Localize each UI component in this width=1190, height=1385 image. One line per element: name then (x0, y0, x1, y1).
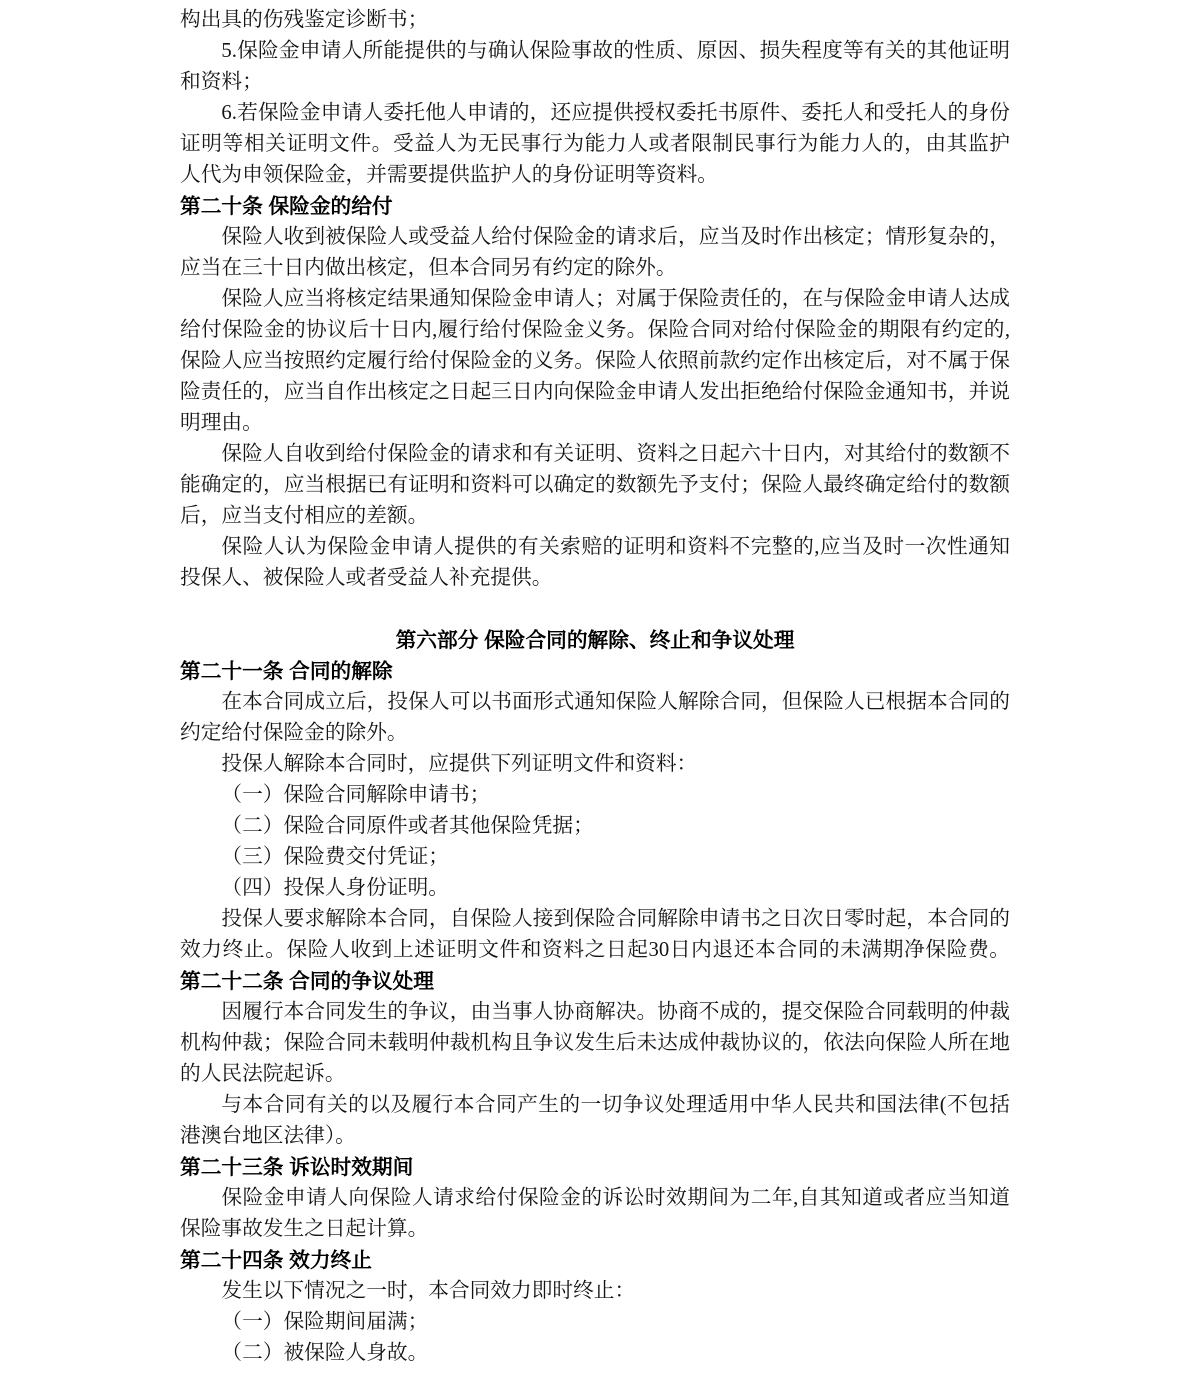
paragraph-line: 约定给付保险金的除外。 (180, 718, 1010, 749)
paragraph-line: 明理由。 (180, 408, 1010, 439)
paragraph-line: 投保人解除本合同时，应提供下列证明文件和资料： (180, 749, 1010, 780)
paragraph-line: 保险人应当按照约定履行给付保险金的义务。保险人依照前款约定作出核定后，对不属于保 (180, 346, 1010, 377)
paragraph-line: 港澳台地区法律）。 (180, 1121, 1010, 1152)
list-item: （三）保险费交付凭证； (180, 842, 1010, 873)
paragraph-line: 险责任的，应当自作出核定之日起三日内向保险金申请人发出拒绝给付保险金通知书，并说 (180, 377, 1010, 408)
paragraph-line: 机构仲裁；保险合同未载明仲裁机构且争议发生后未达成仲裁协议的，依法向保险人所在地 (180, 1028, 1010, 1059)
paragraph-line: 保险人应当将核定结果通知保险金申请人；对属于保险责任的，在与保险金申请人达成 (180, 284, 1010, 315)
paragraph-line: 5.保险金申请人所能提供的与确认保险事故的性质、原因、损失程度等有关的其他证明 (180, 36, 1010, 67)
article-heading: 第二十三条 诉讼时效期间 (180, 1152, 1010, 1183)
list-item: （一）保险合同解除申请书； (180, 780, 1010, 811)
paragraph-line: 投保人要求解除本合同，自保险人接到保险合同解除申请书之日次日零时起，本合同的 (180, 904, 1010, 935)
paragraph-line: 投保人、被保险人或者受益人补充提供。 (180, 563, 1010, 594)
paragraph-line: 后，应当支付相应的差额。 (180, 501, 1010, 532)
paragraph-line: 应当在三十日内做出核定，但本合同另有约定的除外。 (180, 253, 1010, 284)
paragraph-line: 与本合同有关的以及履行本合同产生的一切争议处理适用中华人民共和国法律(不包括 (180, 1090, 1010, 1121)
section-heading: 第六部分 保险合同的解除、终止和争议处理 (180, 625, 1010, 656)
paragraph-line: 6.若保险金申请人委托他人申请的，还应提供授权委托书原件、委托人和受托人的身份 (180, 98, 1010, 129)
paragraph-line: 人代为申领保险金，并需要提供监护人的身份证明等资料。 (180, 160, 1010, 191)
article-heading: 第二十四条 效力终止 (180, 1245, 1010, 1276)
article-heading: 第二十一条 合同的解除 (180, 656, 1010, 687)
blank-line (180, 594, 1010, 625)
list-item: （二）被保险人身故。 (180, 1338, 1010, 1369)
paragraph-line: 能确定的，应当根据已有证明和资料可以确定的数额先予支付；保险人最终确定给付的数额 (180, 470, 1010, 501)
paragraph-line: 保险人认为保险金申请人提供的有关索赔的证明和资料不完整的,应当及时一次性通知 (180, 532, 1010, 563)
list-item: （一）保险期间届满； (180, 1307, 1010, 1338)
list-item: （四）投保人身份证明。 (180, 873, 1010, 904)
paragraph-line: 发生以下情况之一时，本合同效力即时终止： (180, 1276, 1010, 1307)
paragraph-line: 保险人收到被保险人或受益人给付保险金的请求后，应当及时作出核定；情形复杂的， (180, 222, 1010, 253)
paragraph-line: 保险金申请人向保险人请求给付保险金的诉讼时效期间为二年,自其知道或者应当知道 (180, 1183, 1010, 1214)
paragraph-line: 和资料； (180, 67, 1010, 98)
article-heading: 第二十条 保险金的给付 (180, 191, 1010, 222)
paragraph-line: 在本合同成立后，投保人可以书面形式通知保险人解除合同，但保险人已根据本合同的 (180, 687, 1010, 718)
paragraph-line: 因履行本合同发生的争议，由当事人协商解决。协商不成的，提交保险合同载明的仲裁 (180, 997, 1010, 1028)
contract-document-page: 构出具的伤残鉴定诊断书；5.保险金申请人所能提供的与确认保险事故的性质、原因、损… (0, 0, 1190, 1385)
paragraph-line: 构出具的伤残鉴定诊断书； (180, 5, 1010, 36)
paragraph-line: 效力终止。保险人收到上述证明文件和资料之日起30日内退还本合同的未满期净保险费。 (180, 935, 1010, 966)
paragraph-line: 证明等相关证明文件。受益人为无民事行为能力人或者限制民事行为能力人的，由其监护 (180, 129, 1010, 160)
paragraph-line: 的人民法院起诉。 (180, 1059, 1010, 1090)
paragraph-line: 给付保险金的协议后十日内,履行给付保险金义务。保险合同对给付保险金的期限有约定的… (180, 315, 1010, 346)
article-heading: 第二十二条 合同的争议处理 (180, 966, 1010, 997)
paragraph-line: 保险事故发生之日起计算。 (180, 1214, 1010, 1245)
paragraph-line: 保险人自收到给付保险金的请求和有关证明、资料之日起六十日内，对其给付的数额不 (180, 439, 1010, 470)
document-body: 构出具的伤残鉴定诊断书；5.保险金申请人所能提供的与确认保险事故的性质、原因、损… (180, 5, 1010, 1369)
list-item: （二）保险合同原件或者其他保险凭据； (180, 811, 1010, 842)
